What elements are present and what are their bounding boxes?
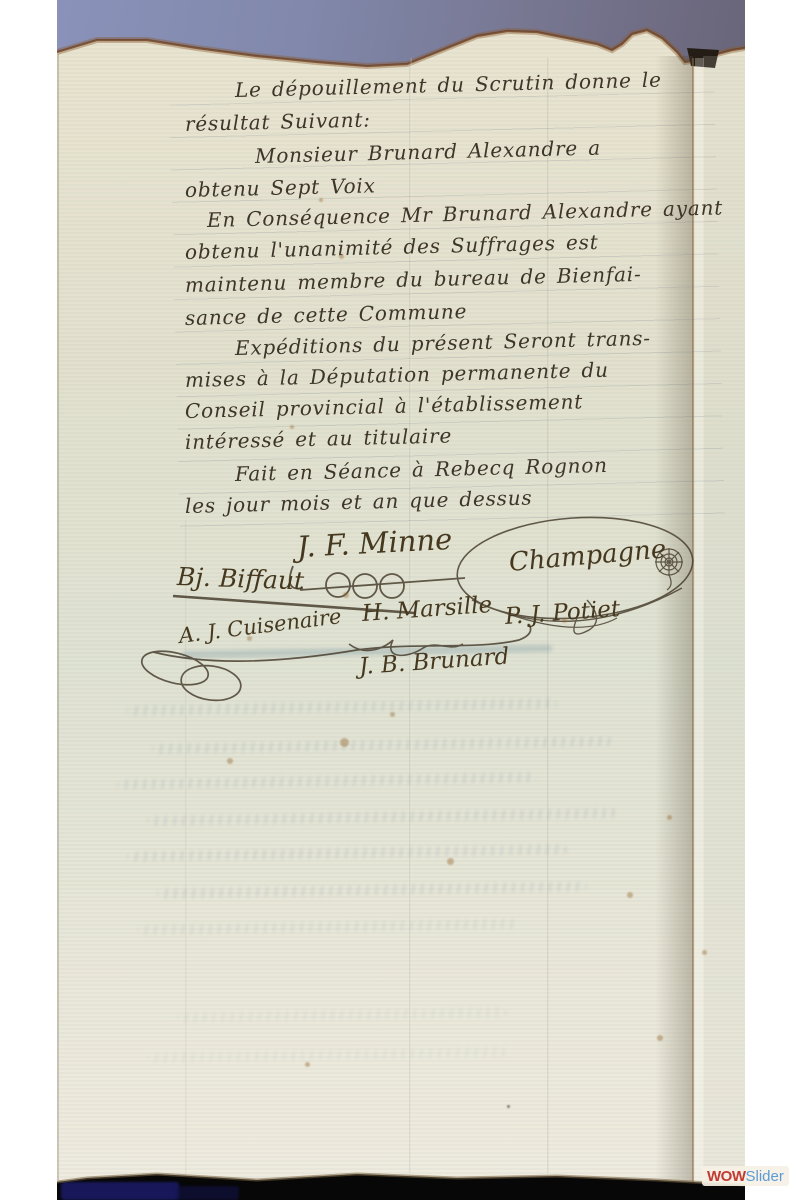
manuscript-photo: Le dépouillement du Scrutin donne le rés… [57,0,745,1200]
foxing-spot [340,738,349,747]
foxing-spot [507,1105,510,1108]
watermark-wow-text: WOW [707,1168,745,1185]
foxing-spot [227,758,233,764]
foxing-spot [305,1062,310,1067]
minne-flourish [290,566,465,598]
foxing-spot [562,618,567,623]
screenshot-root: { "document": { "lines": [ {"text": "Le … [0,0,800,1200]
foxing-spot [390,712,395,717]
foxing-spot [319,198,323,202]
foxing-spot [339,254,344,259]
foxing-spot [627,892,633,898]
foxing-spot [343,592,349,598]
foxing-spot [702,950,707,955]
foxing-spot [447,858,454,865]
foxing-spot [247,636,252,641]
wowslider-watermark[interactable]: WOWSlider [702,1166,789,1186]
foxing-spot [667,815,672,820]
foxing-spot [657,1035,663,1041]
handwriting-layer: Le dépouillement du Scrutin donne le rés… [57,0,745,1200]
signature-biffaut: Bj. Biffaut [176,562,304,595]
foxing-spot [290,425,294,429]
watermark-slider-text: Slider [745,1168,783,1185]
